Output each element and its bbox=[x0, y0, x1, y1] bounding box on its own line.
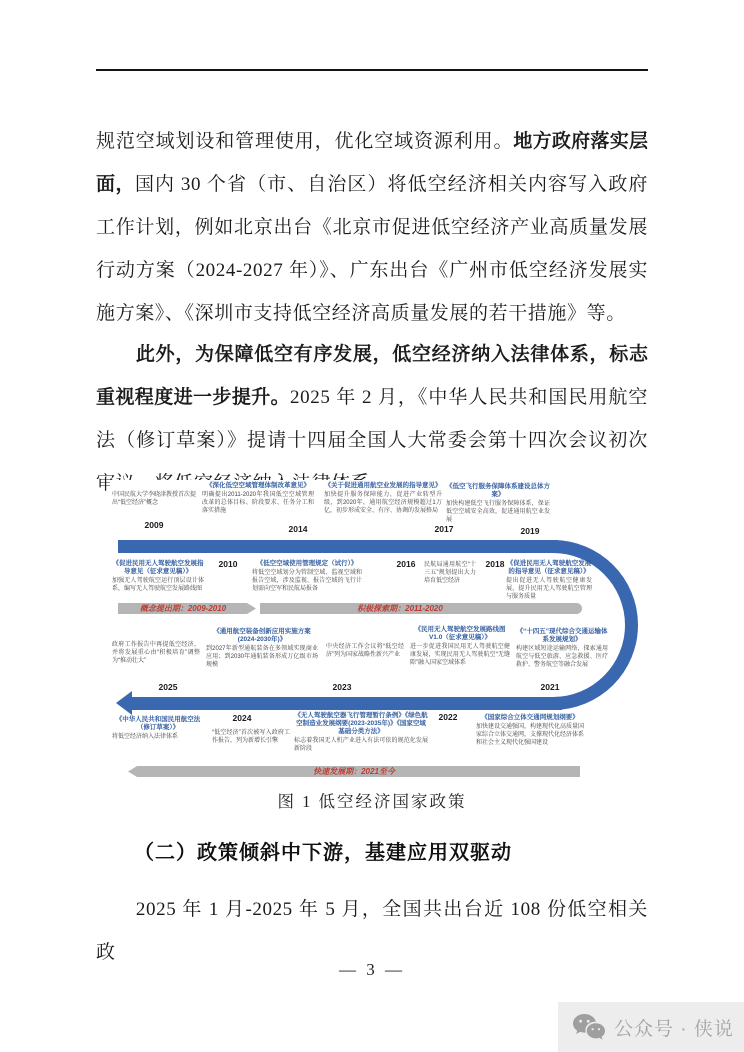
document-page: 规范空域划设和管理使用，优化空域资源利用。地方政府落实层面，国内 30 个省（市… bbox=[0, 0, 744, 1052]
policy-desc: 中国民航大学李晓津教授首次提出“低空经济”概念 bbox=[112, 492, 196, 508]
paragraph-local-policy: 规范空域划设和管理使用，优化空域资源利用。地方政府落实层面，国内 30 个省（市… bbox=[96, 120, 648, 335]
year-label: 2016 bbox=[388, 559, 424, 569]
timeline-arrowhead-icon bbox=[116, 691, 132, 715]
year-label: 2022 bbox=[430, 712, 466, 722]
timeline-policy: 《无人驾驶航空器飞行管理暂行条例》《绿色航空制造业发展纲要(2023-2035年… bbox=[294, 712, 428, 754]
year-label: 2019 bbox=[510, 526, 550, 536]
policy-title: 《无人驾驶航空器飞行管理暂行条例》《绿色航空制造业发展纲要(2023-2035年… bbox=[294, 712, 428, 736]
policy-desc: 加快建设交通强国，构建现代化高质量国家综合立体交通网，支撑现代化经济体系和社会主… bbox=[476, 724, 584, 747]
policy-desc: 将低空经济纳入法律体系 bbox=[112, 734, 204, 742]
policy-title: 《促进民用无人驾驶航空发展的指导意见（征求意见稿）》 bbox=[506, 560, 592, 576]
policy-desc: 政府工作报告中再提低空经济，并将发展重心由“积极培育”调整为“推动壮大” bbox=[112, 642, 200, 665]
policy-title: 《低空飞行服务保障体系建设总体方案》 bbox=[446, 483, 550, 499]
body-text: 规范空域划设和管理使用，优化空域资源利用。 bbox=[96, 131, 513, 152]
timeline-policy: 《低空飞行服务保障体系建设总体方案》 加快构建低空飞行服务保障体系，保证低空空域… bbox=[446, 483, 550, 525]
policy-desc: 到2027年新型通航装备在多领域实现商业应用；到2030年通航装备形成万亿级市场… bbox=[206, 646, 318, 669]
timeline-arrow-top bbox=[118, 540, 558, 553]
year-label: 2010 bbox=[210, 559, 246, 569]
header-divider bbox=[96, 69, 648, 71]
policy-desc: “低空经济”首次被写入政府工作报告，列为新增长引擎 bbox=[212, 730, 290, 746]
timeline-policy: 《低空空域使用管理规定（试行）》 将低空空域划分为管制空域、监视空域和报告空域，… bbox=[252, 560, 362, 594]
timeline-policy: 《民用无人驾驶航空发展路线图V1.0（征求意见稿）》 进一步促进我国民用无人驾驶… bbox=[410, 626, 510, 668]
policy-title: 《民用无人驾驶航空发展路线图V1.0（征求意见稿）》 bbox=[410, 626, 510, 642]
policy-desc: 中央经济工作会议将“低空经济”列为国家战略性新兴产业 bbox=[326, 644, 404, 660]
timeline-arrow-bottom bbox=[132, 697, 562, 710]
year-label: 2024 bbox=[222, 713, 262, 723]
policy-title: 《“十四五”现代综合交通运输体系发展规划》 bbox=[516, 628, 608, 644]
policy-desc: 加快提升服务保障能力，促进产业转型升级，到2020年，通用航空经济规模超过1万亿… bbox=[324, 492, 442, 515]
timeline-policy: 中国民航大学李晓津教授首次提出“低空经济”概念 bbox=[112, 490, 196, 508]
timeline-policy: 《通用航空装备创新应用实施方案(2024-2030年)》 到2027年新型通航装… bbox=[206, 628, 318, 670]
policy-title: 《深化低空空域管理体制改革意见》 bbox=[202, 482, 314, 490]
phase-label-explore: 积极探索期：2011-2020 bbox=[260, 603, 540, 614]
policy-desc: 提出促进无人驾驶航空健康发展，提升民用无人驾驶航空管理与服务质量 bbox=[506, 578, 592, 601]
year-label: 2023 bbox=[322, 682, 362, 692]
policy-title: 《通用航空装备创新应用实施方案(2024-2030年)》 bbox=[206, 628, 318, 644]
policy-title: 《低空空域使用管理规定（试行）》 bbox=[252, 560, 362, 568]
policy-title: 《促进民用无人驾驶航空发展指导意见（征求意见稿）》 bbox=[112, 560, 204, 576]
timeline-policy: “低空经济”首次被写入政府工作报告，列为新增长引擎 bbox=[212, 728, 290, 746]
wechat-icon bbox=[572, 1013, 606, 1041]
year-label: 2014 bbox=[278, 524, 318, 534]
watermark-text: 公众号 · 侠说 bbox=[614, 1014, 734, 1041]
year-label: 2017 bbox=[426, 524, 462, 534]
figure-caption: 图 1 低空经济国家政策 bbox=[96, 788, 648, 812]
timeline-policy: 中央经济工作会议将“低空经济”列为国家战略性新兴产业 bbox=[326, 642, 404, 660]
figure-policy-timeline: 概念提出期：2009-2010 积极探索期：2011-2020 快速发展期：20… bbox=[110, 480, 645, 780]
policy-desc: 加强无人驾驶航空运行顶层设计体系，编写无人驾驶航空发展路线图 bbox=[112, 578, 204, 594]
policy-desc: 将低空空域划分为管制空域、监视空域和报告空域，涉及监视、报告空域的飞行计划需向空… bbox=[252, 570, 362, 593]
phase-label-early: 概念提出期：2009-2010 bbox=[118, 603, 248, 614]
timeline-policy: 《中华人民共和国民用航空法（修订草案）》 将低空经济纳入法律体系 bbox=[112, 716, 204, 742]
body-text: 国内 30 个省（市、自治区）将低空经济相关内容写入政府工作计划，例如北京出台《… bbox=[96, 174, 648, 324]
policy-title: 《国家综合立体交通网规划纲要》 bbox=[476, 714, 584, 722]
policy-desc: 进一步促进我国民用无人驾驶航空健康发展，实现民用无人驾驶航空“无缝隙”融入国家空… bbox=[410, 644, 510, 667]
timeline-policy: 《促进民用无人驾驶航空发展的指导意见（征求意见稿）》 提出促进无人驾驶航空健康发… bbox=[506, 560, 592, 602]
policy-desc: 民航局通用航空“十三五”规划提出大力培育低空经济 bbox=[424, 562, 476, 585]
timeline-policy: 《国家综合立体交通网规划纲要》 加快建设交通强国，构建现代化高质量国家综合立体交… bbox=[476, 714, 584, 748]
timeline-policy: 《“十四五”现代综合交通运输体系发展规划》 构建区域短途运输网络，探索通用航空与… bbox=[516, 628, 608, 670]
timeline-policy: 《关于促进通用航空业发展的指导意见》 加快提升服务保障能力，促进产业转型升级，到… bbox=[324, 482, 442, 516]
year-label: 2009 bbox=[112, 520, 196, 530]
timeline-policy: 政府工作报告中再提低空经济，并将发展重心由“积极培育”调整为“推动壮大” bbox=[112, 640, 200, 665]
section-heading: （二）政策倾斜中下游，基建应用双驱动 bbox=[134, 836, 512, 865]
policy-desc: 明确提出2011-2020年我国低空空域管理改革的总体目标、阶段要求、任务分工和… bbox=[202, 492, 314, 515]
year-label: 2021 bbox=[530, 682, 570, 692]
phase-label-rapid: 快速发展期：2021至今 bbox=[128, 766, 580, 777]
policy-desc: 标志着我国无人机产业进入有法可依的规范化发展新阶段 bbox=[294, 738, 428, 754]
year-label: 2025 bbox=[148, 682, 188, 692]
policy-desc: 加快构建低空飞行服务保障体系，保证低空空域安全高效，促进通用航空业发展 bbox=[446, 501, 550, 524]
watermark-strip: 公众号 · 侠说 bbox=[558, 1002, 744, 1052]
policy-title: 《中华人民共和国民用航空法（修订草案）》 bbox=[112, 716, 204, 732]
policy-title: 《关于促进通用航空业发展的指导意见》 bbox=[324, 482, 442, 490]
policy-desc: 构建区域短途运输网络，探索通用航空与低空旅游、应急救援、医疗救护、警务航空等融合… bbox=[516, 646, 608, 669]
timeline-policy: 民航局通用航空“十三五”规划提出大力培育低空经济 bbox=[424, 560, 476, 585]
page-number: — 3 — bbox=[96, 960, 648, 980]
timeline-policy: 《深化低空空域管理体制改革意见》 明确提出2011-2020年我国低空空域管理改… bbox=[202, 482, 314, 516]
timeline-policy: 《促进民用无人驾驶航空发展指导意见（征求意见稿）》 加强无人驾驶航空运行顶层设计… bbox=[112, 560, 204, 594]
